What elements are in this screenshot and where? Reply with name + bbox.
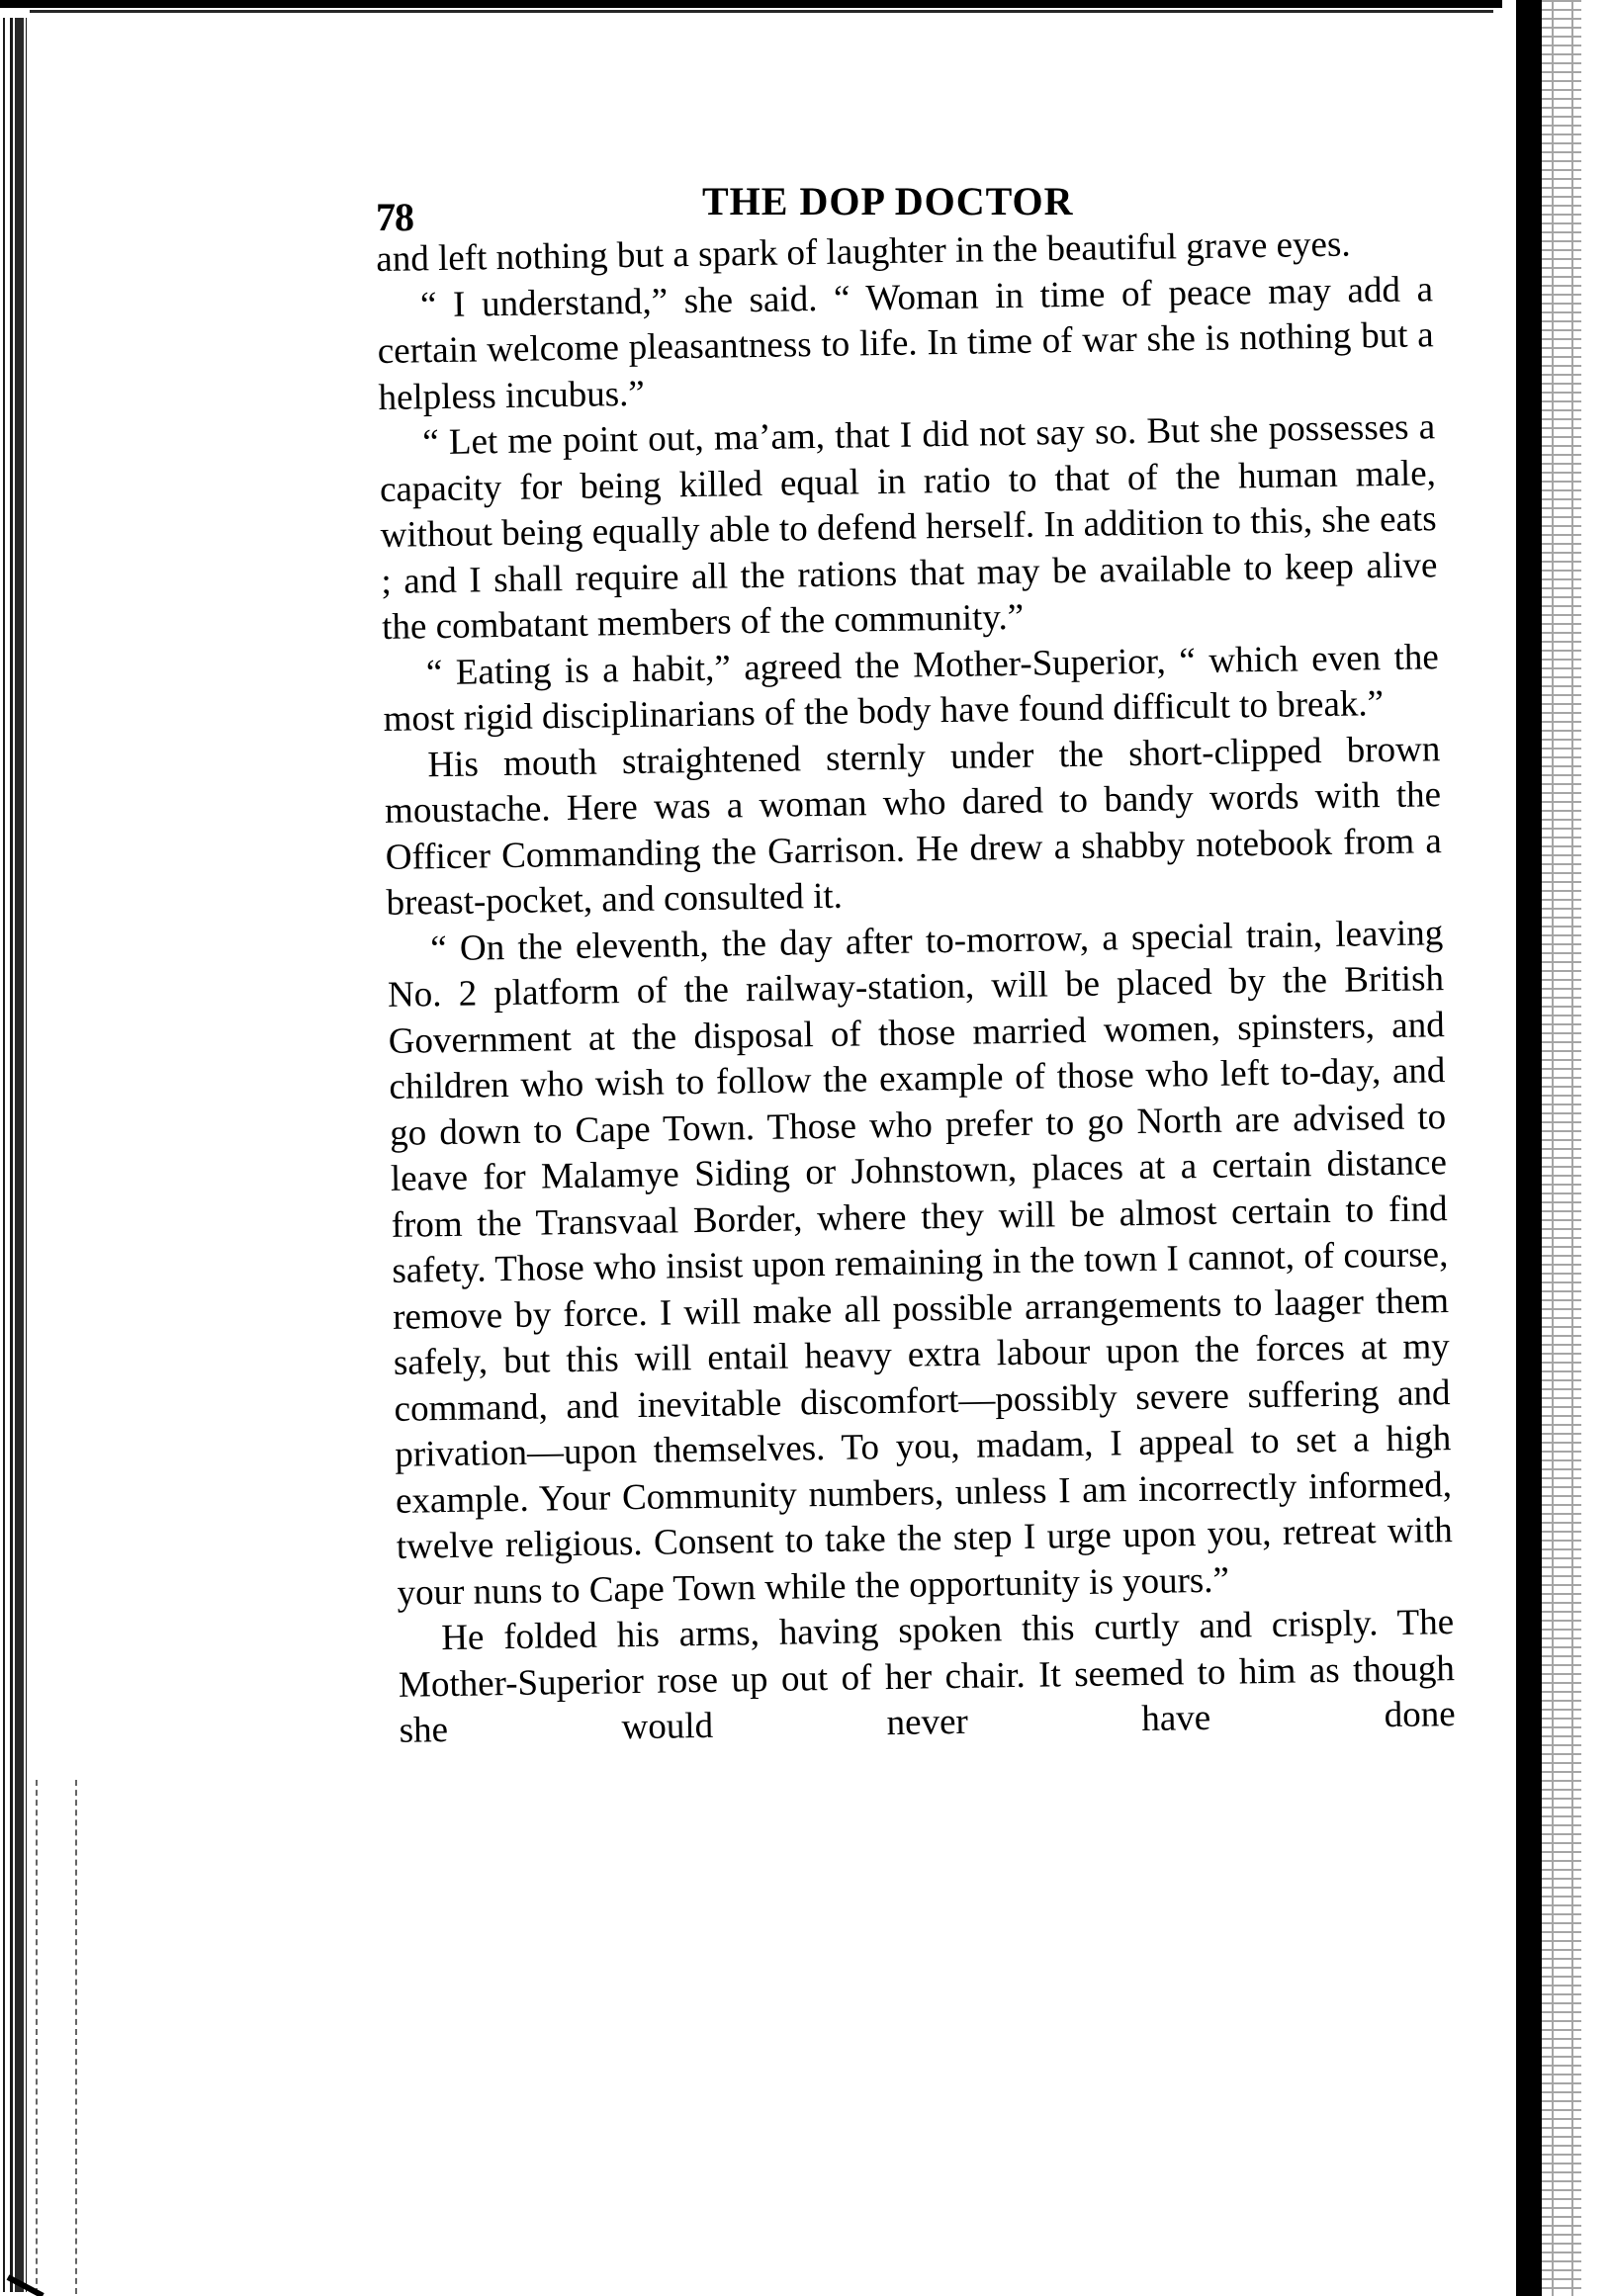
binding-speckle — [1542, 0, 1581, 2296]
scan-top-rule — [30, 10, 1493, 13]
running-title: THE DOP DOCTOR — [702, 178, 1074, 224]
book-page: 78 THE DOP DOCTOR and left nothing but a… — [376, 178, 1432, 1755]
scan-left-gutter — [0, 18, 32, 2292]
paragraph: “ Eating is a habit,” agreed the Mother-… — [383, 635, 1440, 744]
binding-shadow — [1516, 0, 1542, 2296]
paragraph: “ I understand,” she said. “ Woman in ti… — [377, 267, 1435, 421]
paragraph: His mouth straightened sternly under the… — [384, 727, 1443, 927]
paragraph: “ Let me point out, ma’am, that I did no… — [379, 404, 1439, 651]
scan-top-edge — [0, 0, 1611, 8]
paragraph: He folded his arms, having spoken this c… — [398, 1600, 1456, 1754]
body-text: and left nothing but a spark of laughter… — [376, 221, 1456, 1754]
page-number: 78 — [376, 194, 413, 240]
paragraph: “ On the eleventh, the day after to-morr… — [387, 911, 1454, 1617]
scan-right-binding-edge — [1502, 0, 1611, 2296]
scan-left-margin-marks — [36, 1780, 77, 2294]
